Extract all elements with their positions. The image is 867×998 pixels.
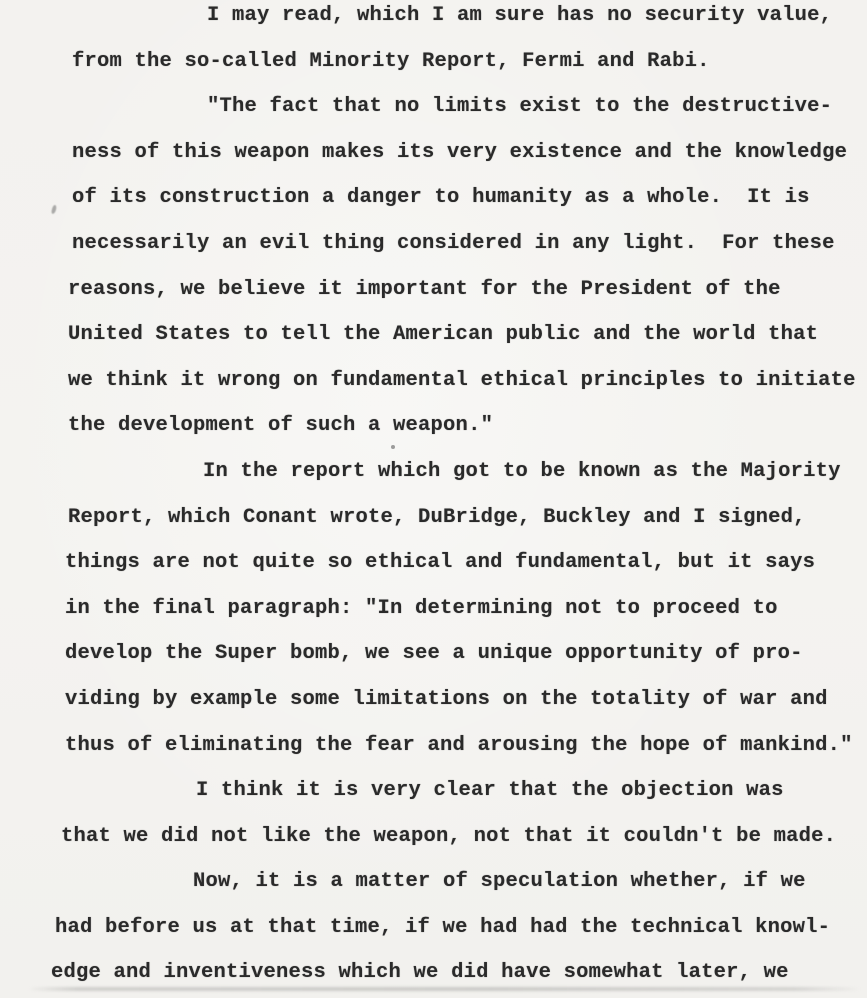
text-line: that we did not like the weapon, not tha… (61, 814, 867, 860)
text-line: the development of such a weapon." (68, 403, 867, 449)
text-line: develop the Super bomb, we see a unique … (65, 631, 867, 677)
text-line: necessarily an evil thing considered in … (72, 221, 867, 267)
text-line: in the final paragraph: "In determining … (65, 586, 867, 632)
text-line: viding by example some limitations on th… (65, 677, 867, 723)
text-line: had before us at that time, if we had ha… (55, 905, 867, 951)
text-line: "The fact that no limits exist to the de… (72, 84, 867, 130)
text-line: In the report which got to be known as t… (68, 449, 867, 495)
text-line: thus of eliminating the fear and arousin… (65, 723, 867, 769)
text-line: we think it wrong on fundamental ethical… (68, 358, 867, 404)
scan-artifact-dot (391, 445, 395, 449)
text-line: Report, which Conant wrote, DuBridge, Bu… (68, 495, 867, 541)
text-block: I may read, which I am sure has no secur… (0, 0, 867, 996)
text-line: ness of this weapon makes its very exist… (72, 130, 867, 176)
document-page: I may read, which I am sure has no secur… (0, 0, 867, 998)
text-line: United States to tell the American publi… (68, 312, 867, 358)
text-line: things are not quite so ethical and fund… (65, 540, 867, 586)
text-line: of its construction a danger to humanity… (72, 175, 867, 221)
text-line: I think it is very clear that the object… (61, 768, 867, 814)
text-line: I may read, which I am sure has no secur… (72, 0, 867, 39)
text-line: from the so-called Minority Report, Ferm… (72, 39, 867, 85)
scan-bottom-edge (28, 987, 861, 991)
text-line: Now, it is a matter of speculation wheth… (58, 859, 867, 905)
text-line: reasons, we believe it important for the… (68, 267, 867, 313)
